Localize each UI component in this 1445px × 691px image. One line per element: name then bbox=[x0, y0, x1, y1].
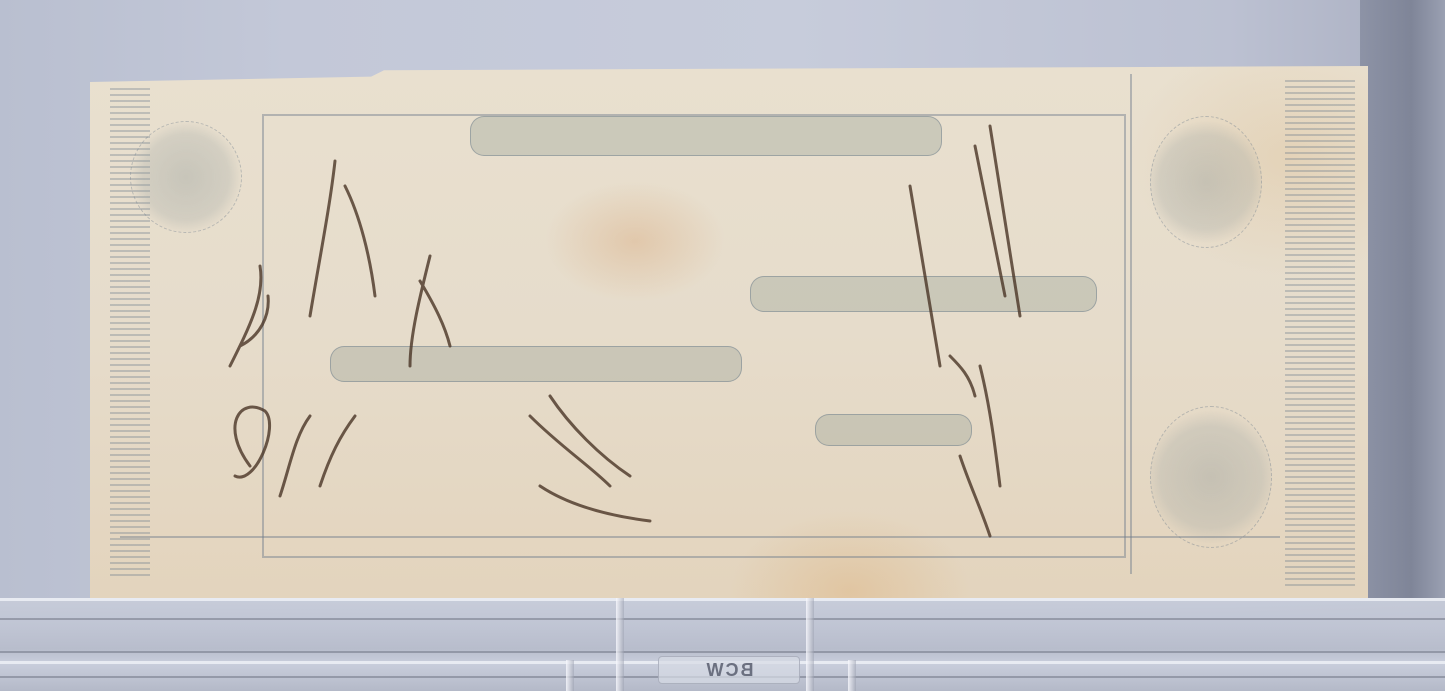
stand-clip-right bbox=[848, 660, 856, 691]
handwriting-strokes bbox=[90, 66, 1368, 598]
banknote bbox=[90, 66, 1368, 598]
stand-post-right bbox=[806, 598, 814, 691]
stand-rail bbox=[0, 618, 1445, 620]
stand-brand-label: BCW bbox=[658, 656, 800, 684]
stand-post-left bbox=[616, 598, 624, 691]
background-shadow bbox=[1360, 0, 1445, 600]
stand-clip-left bbox=[566, 660, 574, 691]
stand-rail bbox=[0, 651, 1445, 653]
stand-rail bbox=[0, 598, 1445, 601]
